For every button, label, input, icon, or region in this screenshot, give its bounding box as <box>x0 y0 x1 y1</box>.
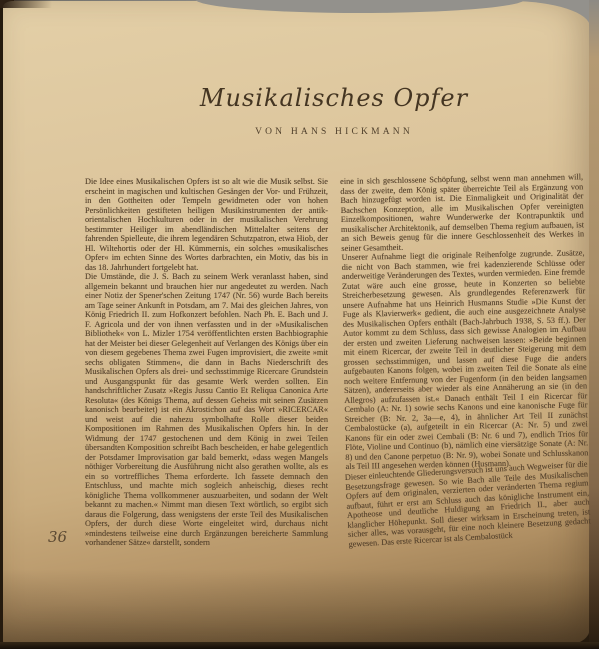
paragraph: eine in sich geschlossene Schöpfung, sel… <box>340 172 584 253</box>
page-number: 36 <box>48 528 67 546</box>
book-page-photo: Musikalisches Opfer VON HANS HICKMANN Di… <box>0 0 599 649</box>
photo-background-bottom <box>0 642 599 649</box>
paragraph: Unserer Aufnahme liegt die originale Rei… <box>341 248 588 471</box>
paragraph: Die Idee eines Musikalischen Opfers ist … <box>85 177 328 272</box>
page-right-edge-shadow <box>589 0 599 649</box>
paragraph: Die Umstände, die J. S. Bach zu seinem W… <box>85 272 328 548</box>
top-left-shadow <box>0 0 52 8</box>
byline: VON HANS HICKMANN <box>85 127 583 137</box>
paragraph: Dieser einleuchtende Gliederungsversuch … <box>345 459 592 548</box>
column-left: Die Idee eines Musikalischen Opfers ist … <box>85 177 328 549</box>
page-title: Musikalisches Opfer <box>85 84 583 112</box>
column-right: eine in sich geschlossene Schöpfung, sel… <box>340 172 590 548</box>
text-columns: Die Idee eines Musikalischen Opfers ist … <box>85 177 583 549</box>
